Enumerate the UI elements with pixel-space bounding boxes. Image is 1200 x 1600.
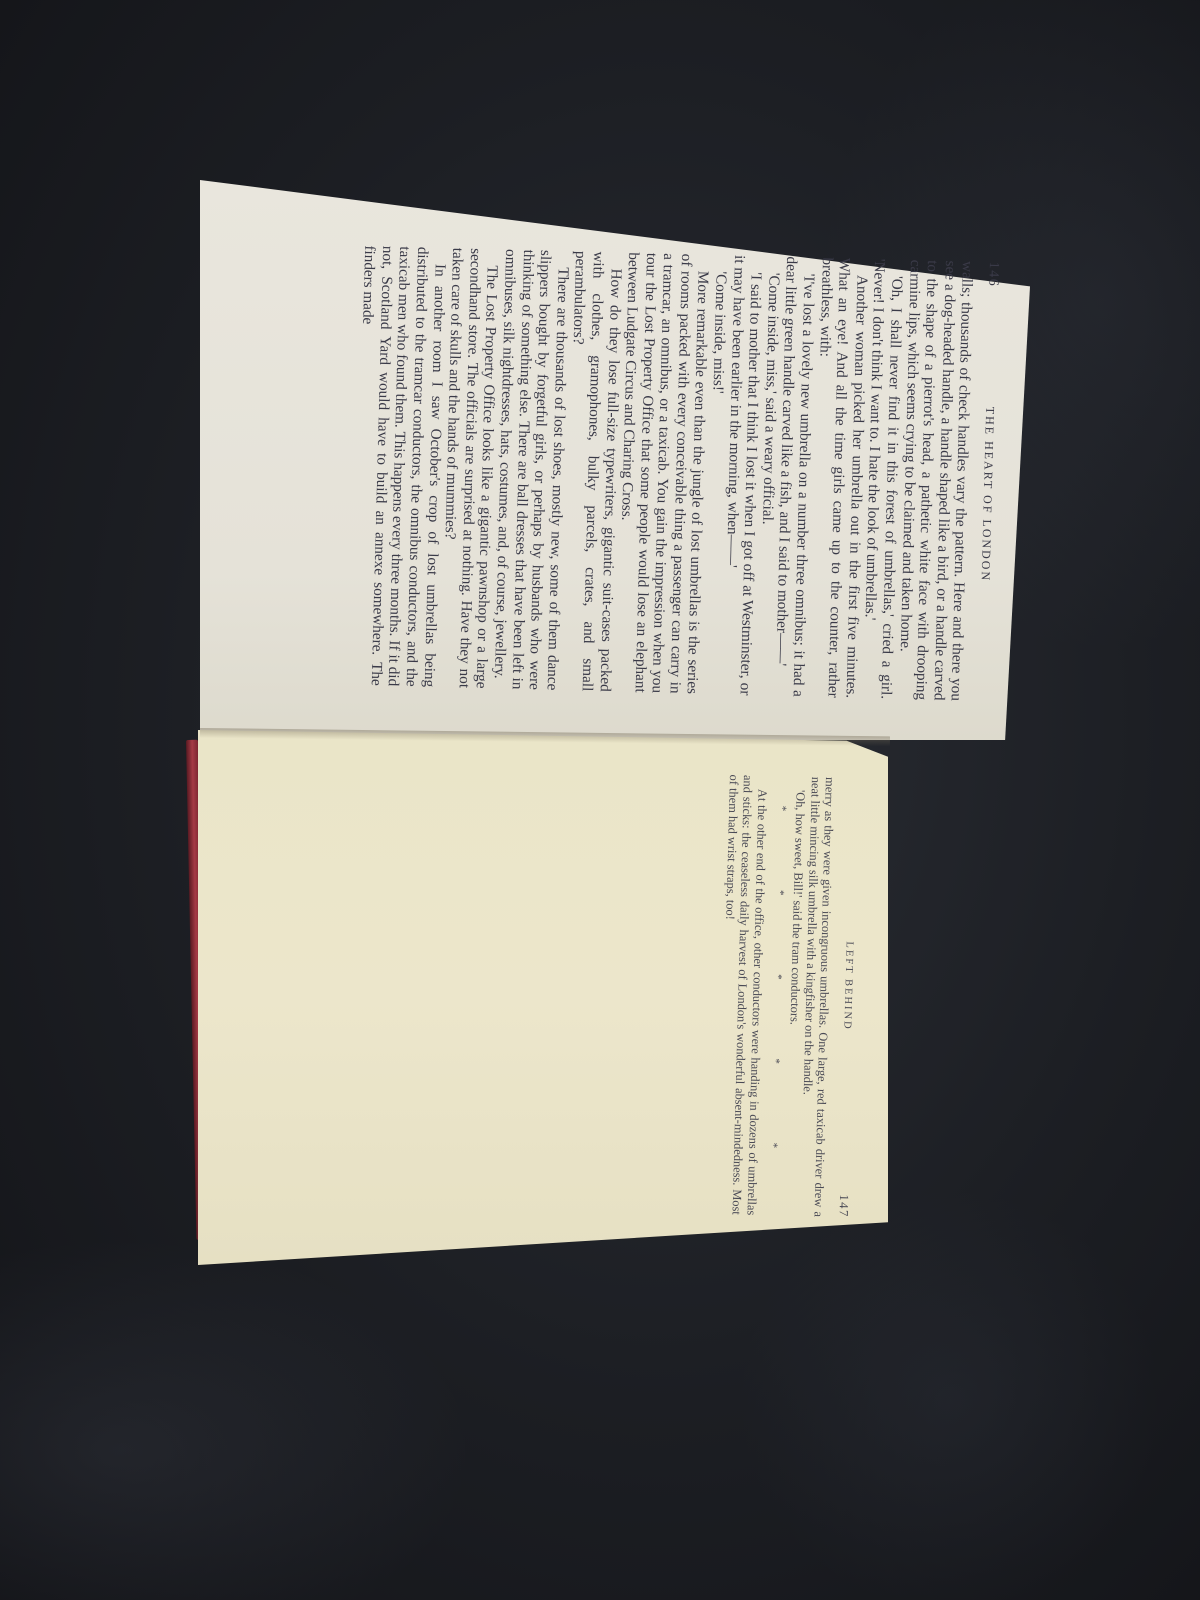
paragraph: More remarkable even than the jungle of … xyxy=(613,252,712,694)
running-head-title: LEFT BEHIND xyxy=(839,941,856,1031)
page-number: 147 xyxy=(836,1194,851,1218)
page-number: 146 xyxy=(984,262,1002,288)
page-147-text: LEFT BEHIND 147 merry as they were given… xyxy=(715,774,862,1217)
page-146-text: 146 THE HEART OF LONDON walls; thousands… xyxy=(349,245,1002,702)
paragraph: walls; thousands of check handles vary t… xyxy=(895,259,977,701)
photograph: 146 THE HEART OF LONDON walls; thousands… xyxy=(0,0,1200,1600)
paragraph: In another room I saw October's crop of … xyxy=(349,245,448,687)
paragraph: There are thousands of lost shoes, mostl… xyxy=(490,249,572,691)
